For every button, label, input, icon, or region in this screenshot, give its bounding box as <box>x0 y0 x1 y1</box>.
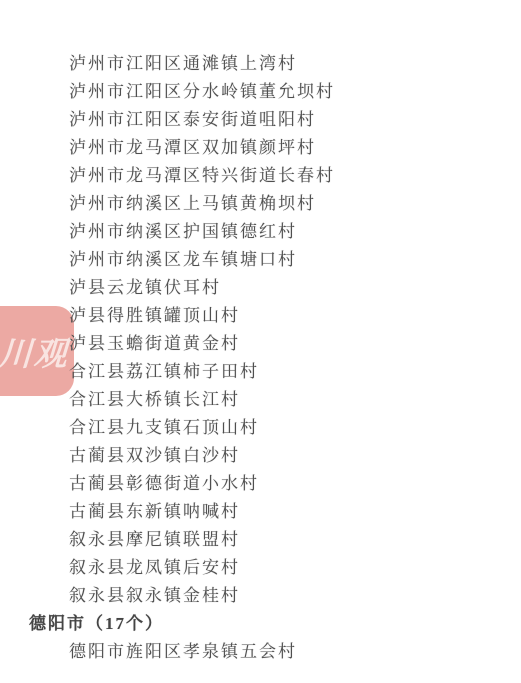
village-line: 古蔺县双沙镇白沙村 <box>0 442 521 470</box>
village-line: 合江县九支镇石顶山村 <box>0 414 521 442</box>
village-line: 合江县大桥镇长江村 <box>0 386 521 414</box>
village-line: 泸州市龙马潭区双加镇颜坪村 <box>0 134 521 162</box>
village-line: 德阳市旌阳区孝泉镇五会村 <box>0 638 521 666</box>
section-header-deyang: 德阳市（17个） <box>0 610 521 638</box>
village-line: 泸县得胜镇罐顶山村 <box>0 302 521 330</box>
village-line: 泸州市纳溪区护国镇德红村 <box>0 218 521 246</box>
village-line: 泸州市纳溪区上马镇黄桷坝村 <box>0 190 521 218</box>
village-line: 叙永县叙永镇金桂村 <box>0 582 521 610</box>
village-line: 泸州市江阳区分水岭镇董允坝村 <box>0 78 521 106</box>
village-list: 泸州市江阳区通滩镇上湾村 泸州市江阳区分水岭镇董允坝村 泸州市江阳区泰安街道咀阳… <box>0 50 521 666</box>
village-line: 泸州市龙马潭区特兴街道长春村 <box>0 162 521 190</box>
village-line: 泸县玉蟾街道黄金村 <box>0 330 521 358</box>
village-line: 叙永县摩尼镇联盟村 <box>0 526 521 554</box>
village-line: 泸县云龙镇伏耳村 <box>0 274 521 302</box>
document-page: 川观 泸州市江阳区通滩镇上湾村 泸州市江阳区分水岭镇董允坝村 泸州市江阳区泰安街… <box>0 0 521 683</box>
village-line: 泸州市江阳区通滩镇上湾村 <box>0 50 521 78</box>
village-line: 泸州市纳溪区龙车镇塘口村 <box>0 246 521 274</box>
village-line: 合江县荔江镇柿子田村 <box>0 358 521 386</box>
village-line: 古蔺县东新镇呐喊村 <box>0 498 521 526</box>
village-line: 古蔺县彰德街道小水村 <box>0 470 521 498</box>
village-line: 叙永县龙凤镇后安村 <box>0 554 521 582</box>
village-line: 泸州市江阳区泰安街道咀阳村 <box>0 106 521 134</box>
